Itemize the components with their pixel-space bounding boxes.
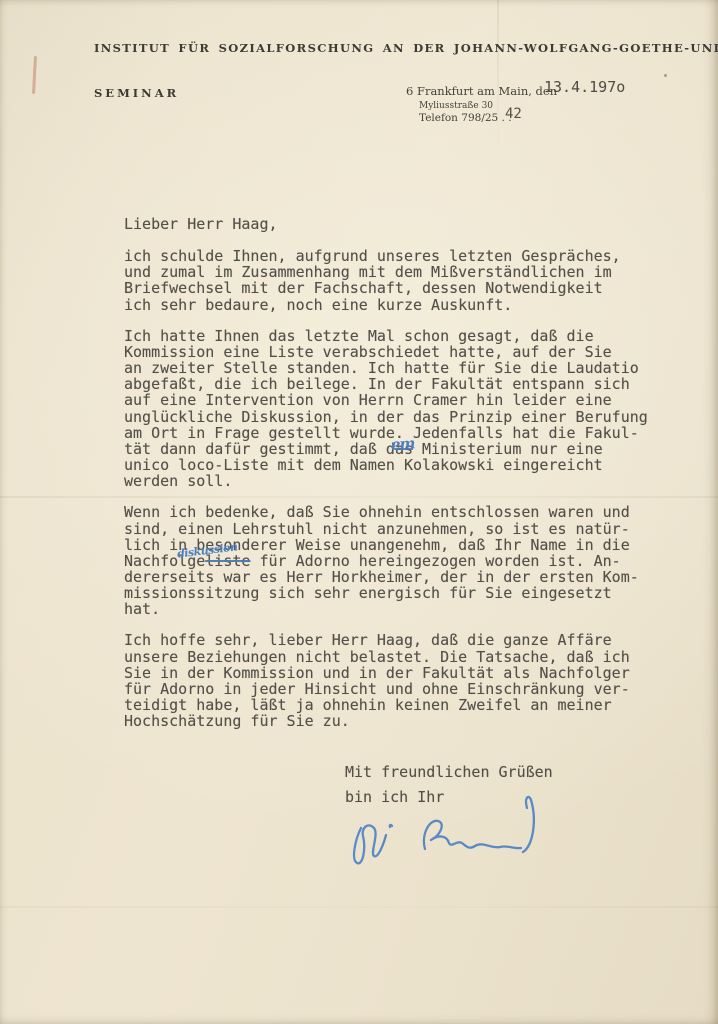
letter-line: werden soll. bbox=[124, 473, 684, 489]
letterhead-institute: INSTITUT FÜR SOZIALFORSCHUNG AN DER JOHA… bbox=[94, 41, 704, 55]
letter-paragraph: Wenn ich bedenke, daß Sie ohnehin entsch… bbox=[124, 504, 684, 617]
letter-paragraph: Ich hatte Ihnen das letzte Mal schon ges… bbox=[124, 328, 684, 490]
letter-line: ich schulde Ihnen, aufgrund unseres letz… bbox=[124, 248, 684, 264]
letter-line: hat. bbox=[124, 601, 684, 617]
letter-line: an zweiter Stelle standen. Ich hatte für… bbox=[124, 360, 684, 376]
overwritten-word: asem bbox=[395, 440, 413, 458]
letter-line: dererseits war es Herr Horkheimer, der i… bbox=[124, 569, 684, 585]
letterhead-phone-extension: 42 bbox=[505, 106, 522, 122]
salutation: Lieber Herr Haag, bbox=[124, 216, 684, 232]
letter-line: ich sehr bedaure, noch eine kurze Auskun… bbox=[124, 297, 684, 313]
letter-line: tät dann dafür gestimmt, daß dasem Minis… bbox=[124, 441, 684, 457]
letter-line: Ich hoffe sehr, lieber Herr Haag, daß di… bbox=[124, 632, 684, 648]
letter-date: 13.4.197o bbox=[544, 78, 625, 96]
letter-line: unsere Beziehungen nicht belastet. Die T… bbox=[124, 649, 684, 665]
letter-line: Kommission eine Liste verabschiedet hatt… bbox=[124, 344, 684, 360]
paper-stain bbox=[32, 56, 37, 94]
letterhead-street: Myliusstraße 30 bbox=[419, 101, 557, 111]
letterhead-phone-number: Telefon 798/25 . . bbox=[419, 112, 512, 124]
letter-line: missionssitzung sich sehr energisch für … bbox=[124, 585, 684, 601]
paper-crease-horizontal-2 bbox=[0, 906, 718, 908]
letter-paragraphs: ich schulde Ihnen, aufgrund unseres letz… bbox=[124, 248, 684, 729]
letter-line: für Adorno in jeder Hinsicht und ohne Ei… bbox=[124, 681, 684, 697]
letter-paper: INSTITUT FÜR SOZIALFORSCHUNG AN DER JOHA… bbox=[0, 0, 718, 1024]
letter-line: lich in besonderer Weise unangenehm, daß… bbox=[124, 537, 684, 553]
paper-crease-vertical bbox=[497, 0, 499, 160]
letter-line: Nachfolgelistediskussion für Adorno here… bbox=[124, 553, 684, 569]
letter-line: am Ort in Frage gestellt wurde. Jedenfal… bbox=[124, 425, 684, 441]
letter-paragraph: ich schulde Ihnen, aufgrund unseres letz… bbox=[124, 248, 684, 313]
letter-line: teidigt habe, läßt ja ohnehin keinen Zwe… bbox=[124, 697, 684, 713]
letter-line: und zumal im Zusammenhang mit dem Mißver… bbox=[124, 264, 684, 280]
paper-speck bbox=[664, 74, 667, 77]
letterhead-department: SEMINAR bbox=[94, 86, 179, 100]
closing-line: Mit freundlichen Grüßen bbox=[345, 760, 553, 785]
letter-line: Wenn ich bedenke, daß Sie ohnehin entsch… bbox=[124, 504, 684, 520]
letter-line: Briefwechsel mit der Fachschaft, dessen … bbox=[124, 280, 684, 296]
letter-line: Sie in der Kommission und in der Fakultä… bbox=[124, 665, 684, 681]
letter-line: auf eine Intervention von Herrn Cramer h… bbox=[124, 392, 684, 408]
letter-paragraph: Ich hoffe sehr, lieber Herr Haag, daß di… bbox=[124, 632, 684, 729]
struck-word: listediskussion bbox=[205, 552, 250, 570]
letter-line: Ich hatte Ihnen das letzte Mal schon ges… bbox=[124, 328, 684, 344]
letterhead-phone: Telefon 798/25 . . 42 bbox=[419, 112, 557, 124]
letter-line: sind, einen Lehrstuhl nicht anzunehmen, … bbox=[124, 521, 684, 537]
letterhead-city-line: 6 Frankfurt am Main, den bbox=[406, 84, 557, 98]
letter-line: unico loco-Liste mit dem Namen Kolakowsk… bbox=[124, 457, 684, 473]
letterhead-address-block: 6 Frankfurt am Main, den Myliusstraße 30… bbox=[406, 84, 557, 124]
letter-line: Hochschätzung für Sie zu. bbox=[124, 713, 684, 729]
signature bbox=[333, 790, 548, 885]
letter-line: abgefaßt, die ich beilege. In der Fakult… bbox=[124, 376, 684, 392]
letter-body: Lieber Herr Haag, ich schulde Ihnen, auf… bbox=[124, 216, 684, 744]
letter-line: unglückliche Diskussion, in der das Prin… bbox=[124, 409, 684, 425]
